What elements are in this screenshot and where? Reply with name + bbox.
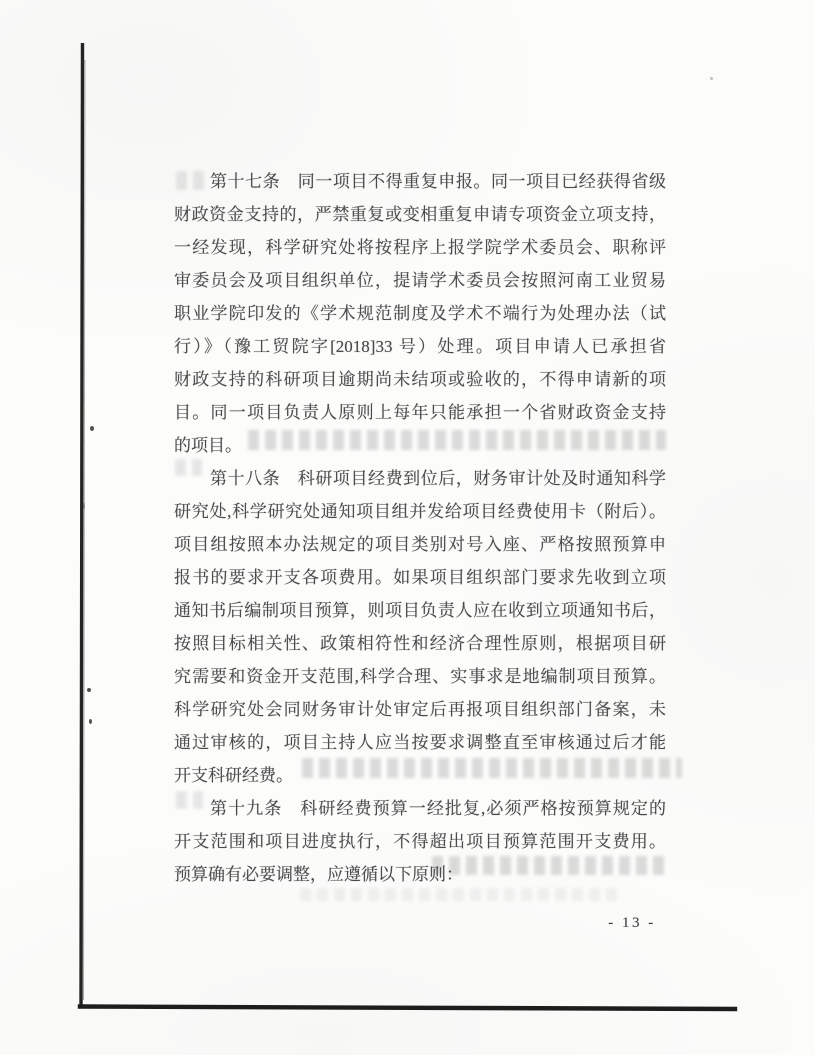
scanned-page: 第十七条 同一项目不得重复申报。同一项目已经获得省级财政资金支持的，严禁重复或变…	[0, 0, 815, 1055]
text-block: 第十七条 同一项目不得重复申报。同一项目已经获得省级财政资金支持的，严禁重复或变…	[174, 165, 666, 891]
scan-speck	[87, 688, 91, 692]
text-line: 第十八条 科研项目经费到位后，财务审计处及时通知科学	[174, 462, 666, 495]
scan-border-left-line-soft	[84, 60, 86, 1000]
text-line: 财政支持的科研项目逾期尚未结项或验收的，不得申请新的项	[174, 363, 666, 396]
text-line: 按照目标相关性、政策相符性和经济合理性原则，根据项目研	[174, 627, 666, 660]
text-line: 通过审核的，项目主持人应当按要求调整直至审核通过后才能	[174, 726, 666, 759]
text-line: 第十七条 同一项目不得重复申报。同一项目已经获得省级	[174, 165, 666, 198]
scan-speck	[83, 503, 85, 509]
text-line: 财政资金支持的，严禁重复或变相重复申请专项资金立项支持，	[174, 198, 666, 231]
scan-speck	[90, 426, 94, 431]
scan-speck	[89, 719, 92, 724]
text-line: 开支范围和项目进度执行，不得超出项目预算范围开支费用。	[174, 825, 666, 858]
scan-border-left-line	[81, 43, 83, 1007]
text-line: 职业学院印发的《学术规范制度及学术不端行为处理办法（试	[174, 297, 666, 330]
text-line: 通知书后编制项目预算，则项目负责人应在收到立项通知书后，	[174, 594, 666, 627]
text-line: 开支科研经费。	[174, 759, 666, 792]
paragraph-article-19: 第十九条 科研经费预算一经批复,必须严格按预算规定的开支范围和项目进度执行，不得…	[174, 792, 666, 891]
text-line: 的项目。	[174, 429, 666, 462]
paragraph-article-18: 第十八条 科研项目经费到位后，财务审计处及时通知科学研究处,科学研究处通知项目组…	[174, 462, 666, 792]
scan-border-bottom-line	[80, 1007, 735, 1010]
text-line: 报书的要求开支各项费用。如果项目组织部门要求先收到立项	[174, 561, 666, 594]
text-line: 科学研究处会同财务审计处审定后再报项目组织部门备案，未	[174, 693, 666, 726]
text-line: 项目组按照本办法规定的项目类别对号入座、严格按照预算申	[174, 528, 666, 561]
text-line: 一经发现，科学研究处将按程序上报学院学术委员会、职称评	[174, 231, 666, 264]
text-line: 目。同一项目负责人原则上每年只能承担一个省财政资金支持	[174, 396, 666, 429]
text-line: 研究处,科学研究处通知项目组并发给项目经费使用卡（附后）。	[174, 495, 666, 528]
text-line: 审委员会及项目组织单位，提请学术委员会按照河南工业贸易	[174, 264, 666, 297]
text-line: 究需要和资金开支范围,科学合理、实事求是地编制项目预算。	[174, 660, 666, 693]
text-line: 预算确有必要调整，应遵循以下原则：	[174, 858, 666, 891]
paragraph-article-17: 第十七条 同一项目不得重复申报。同一项目已经获得省级财政资金支持的，严禁重复或变…	[174, 165, 666, 462]
text-line: 第十九条 科研经费预算一经批复,必须严格按预算规定的	[174, 792, 666, 825]
page-number: - 13 -	[592, 915, 672, 937]
scan-speck	[710, 77, 713, 80]
text-line: 行）》（豫工贸院字[2018]33 号）处理。项目申请人已承担省	[174, 330, 666, 363]
